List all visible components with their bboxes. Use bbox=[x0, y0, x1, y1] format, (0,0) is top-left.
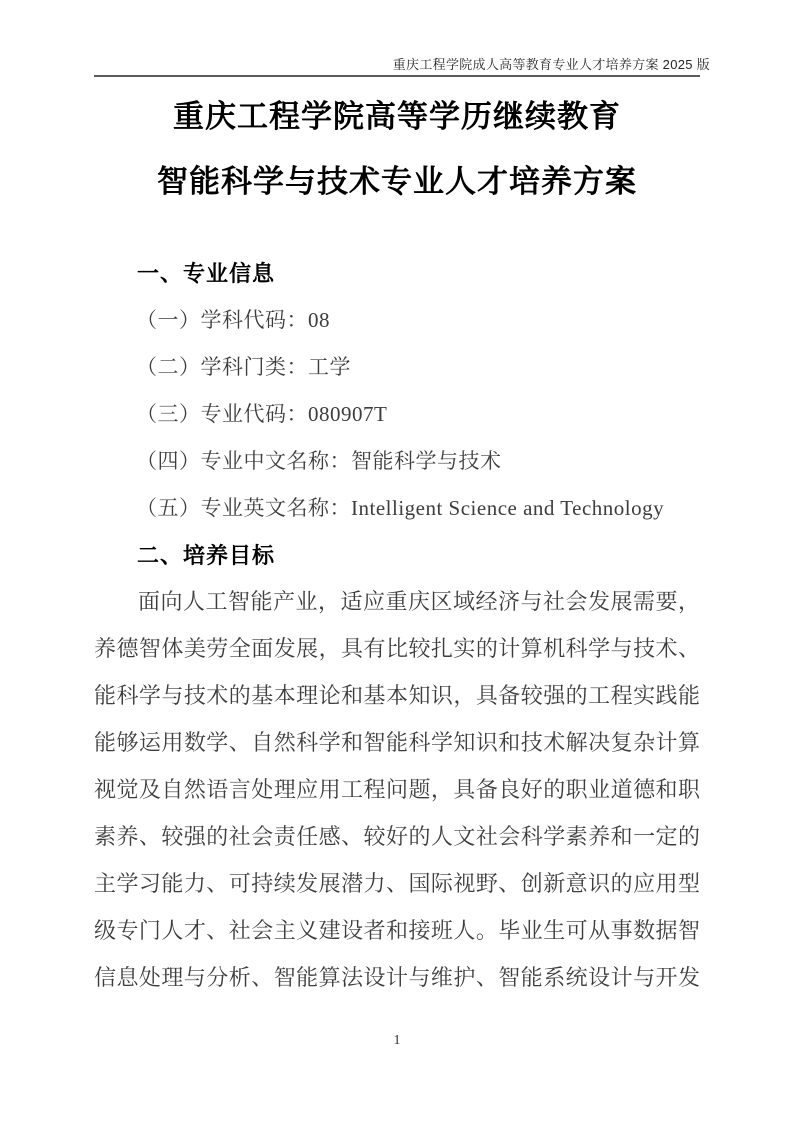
paragraph-line: 视觉及自然语言处理应用工程问题，具备良好的职业道德和职业 bbox=[94, 766, 700, 813]
doc-title-line1: 重庆工程学院高等学历继续教育 bbox=[0, 99, 794, 135]
paragraph-line: 级专门人才、社会主义建设者和接班人。毕业生可从事数据智能 bbox=[94, 907, 700, 954]
paragraph-line: 主学习能力、可持续发展潜力、国际视野、创新意识的应用型高 bbox=[94, 860, 700, 907]
header-rule-divider bbox=[94, 75, 700, 77]
header-text: 重庆工程学院成人高等教育专业人才培养方案 2025 版 bbox=[393, 57, 710, 72]
document-page: 重庆工程学院成人高等教育专业人才培养方案 2025 版 重庆工程学院高等学历继续… bbox=[0, 0, 794, 1122]
info-item-subject-category: （二）学科门类：工学 bbox=[136, 355, 351, 379]
page-number: 1 bbox=[0, 1033, 794, 1049]
info-item-major-chinese-name: （四）专业中文名称：智能科学与技术 bbox=[136, 449, 502, 473]
paragraph-line: 信息处理与分析、智能算法设计与维护、智能系统设计与开发等 bbox=[94, 954, 700, 1001]
info-item-major-english-name: （五）专业英文名称：Intelligent Science and Techno… bbox=[136, 496, 664, 520]
section-heading-training-objectives: 二、培养目标 bbox=[137, 543, 275, 568]
info-item-major-code: （三）专业代码：080907T bbox=[136, 402, 387, 426]
doc-title-line2: 智能科学与技术专业人才培养方案 bbox=[0, 164, 794, 200]
paragraph-line: 能科学与技术的基本理论和基本知识，具备较强的工程实践能力， bbox=[94, 672, 700, 719]
info-item-subject-code: （一）学科代码：08 bbox=[136, 308, 330, 332]
paragraph-line: 素养、较强的社会责任感、较好的人文社会科学素养和一定的自 bbox=[94, 813, 700, 860]
training-objectives-paragraph: 面向人工智能产业，适应重庆区域经济与社会发展需要，培 养德智体美劳全面发展，具有… bbox=[94, 578, 700, 1001]
paragraph-line: 面向人工智能产业，适应重庆区域经济与社会发展需要，培 bbox=[94, 578, 700, 625]
paragraph-line: 能够运用数学、自然科学和智能科学知识和技术解决复杂计算机 bbox=[94, 719, 700, 766]
section-heading-major-info: 一、专业信息 bbox=[137, 261, 275, 286]
paragraph-line: 养德智体美劳全面发展，具有比较扎实的计算机科学与技术、智 bbox=[94, 625, 700, 672]
page-header: 重庆工程学院成人高等教育专业人才培养方案 2025 版 bbox=[94, 54, 710, 73]
